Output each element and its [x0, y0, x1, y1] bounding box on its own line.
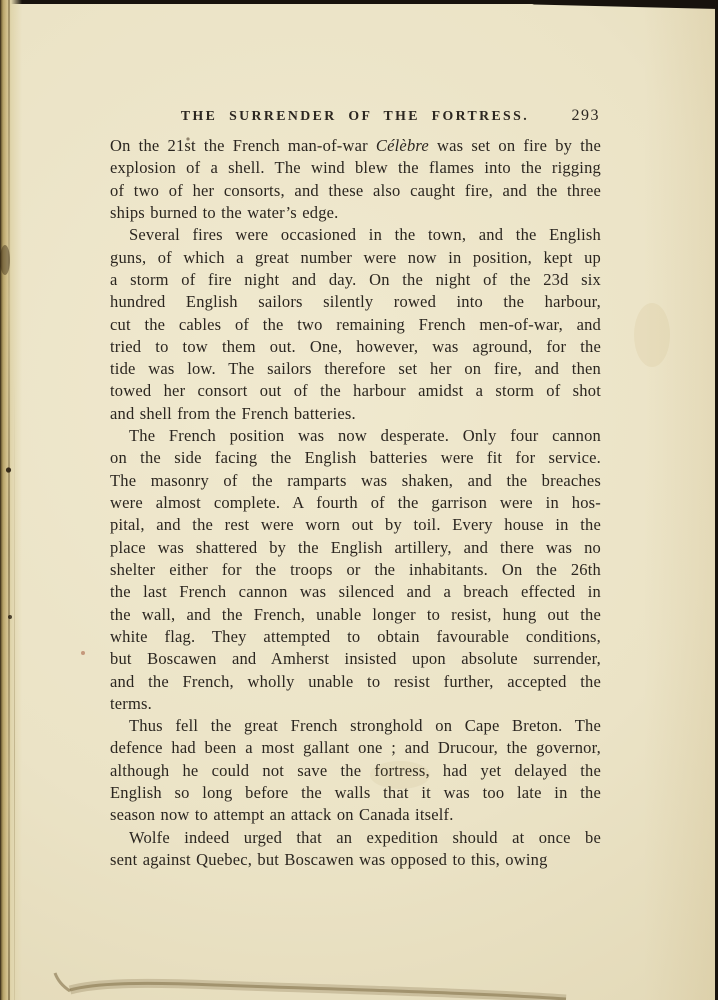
text-line: place was shattered by the English artil… [110, 537, 601, 559]
paragraph: Several fires were occasioned in the tow… [110, 224, 601, 425]
text-line: towed her consort out of the harbour ami… [110, 380, 601, 402]
book-page: THE SURRENDER OF THE FORTRESS. 293 On th… [0, 4, 715, 1000]
page-number: 293 [572, 105, 601, 126]
paragraph: The French position was now desperate. O… [110, 425, 601, 715]
text-line: sent against Quebec, but Boscawen was op… [110, 849, 601, 871]
text-line: on the side facing the English batteries… [110, 447, 601, 469]
text-line: On the 21st the French man-of-war Célèbr… [110, 135, 601, 157]
text-line: tide was low. The sailors therefore set … [110, 358, 601, 380]
text-line: ships burned to the water’s edge. [110, 202, 601, 224]
text-line: hundred English sailors silently rowed i… [110, 291, 601, 313]
text-line: season now to attempt an attack on Canad… [110, 804, 601, 826]
paragraph: Wolfe indeed urged that an expedition sh… [110, 827, 601, 872]
scanned-book-page: THE SURRENDER OF THE FORTRESS. 293 On th… [0, 0, 718, 1000]
text-line: a storm of fire night and day. On the ni… [110, 269, 601, 291]
text-line: terms. [110, 693, 601, 715]
text-line: shelter either for the troops or the inh… [110, 559, 601, 581]
text-line: English so long before the walls that it… [110, 782, 601, 804]
text-line: although he could not save the fortress,… [110, 760, 601, 782]
text-line: white flag. They attempted to obtain fav… [110, 626, 601, 648]
page-header: THE SURRENDER OF THE FORTRESS. 293 [110, 105, 600, 126]
running-title: THE SURRENDER OF THE FORTRESS. [110, 105, 600, 126]
page-crease [8, 0, 10, 1000]
page-crease [14, 380, 15, 1000]
text-line: Thus fell the great French stronghold on… [110, 715, 601, 737]
book-spine-edge [0, 0, 22, 1000]
italic-ship-name: Célèbre [376, 136, 429, 155]
text-line: tried to tow them out. One, however, was… [110, 336, 601, 358]
text-line: and shell from the French batteries. [110, 403, 601, 425]
text-line: guns, of which a great number were now i… [110, 247, 601, 269]
paragraph: Thus fell the great French stronghold on… [110, 715, 601, 827]
text-line: explosion of a shell. The wind blew the … [110, 157, 601, 179]
text-line: the wall, and the French, unable longer … [110, 604, 601, 626]
paragraph: On the 21st the French man-of-war Célèbr… [110, 135, 601, 224]
text-line: The masonry of the ramparts was shaken, … [110, 470, 601, 492]
text-line: but Boscawen and Amherst insisted upon a… [110, 648, 601, 670]
text-line: were almost complete. A fourth of the ga… [110, 492, 601, 514]
text-line: cut the cables of the two remaining Fren… [110, 314, 601, 336]
text-line: of two of her consorts, and these also c… [110, 180, 601, 202]
text-line: The French position was now desperate. O… [110, 425, 601, 447]
text-line: pital, and the rest were worn out by toi… [110, 514, 601, 536]
text-line: Several fires were occasioned in the tow… [110, 224, 601, 246]
text-line: the last French cannon was silenced and … [110, 581, 601, 603]
text-line: and the French, wholly unable to resist … [110, 671, 601, 693]
text-block: On the 21st the French man-of-war Célèbr… [110, 135, 601, 871]
text-line: Wolfe indeed urged that an expedition sh… [110, 827, 601, 849]
text-line: defence had been a most gallant one ; an… [110, 737, 601, 759]
